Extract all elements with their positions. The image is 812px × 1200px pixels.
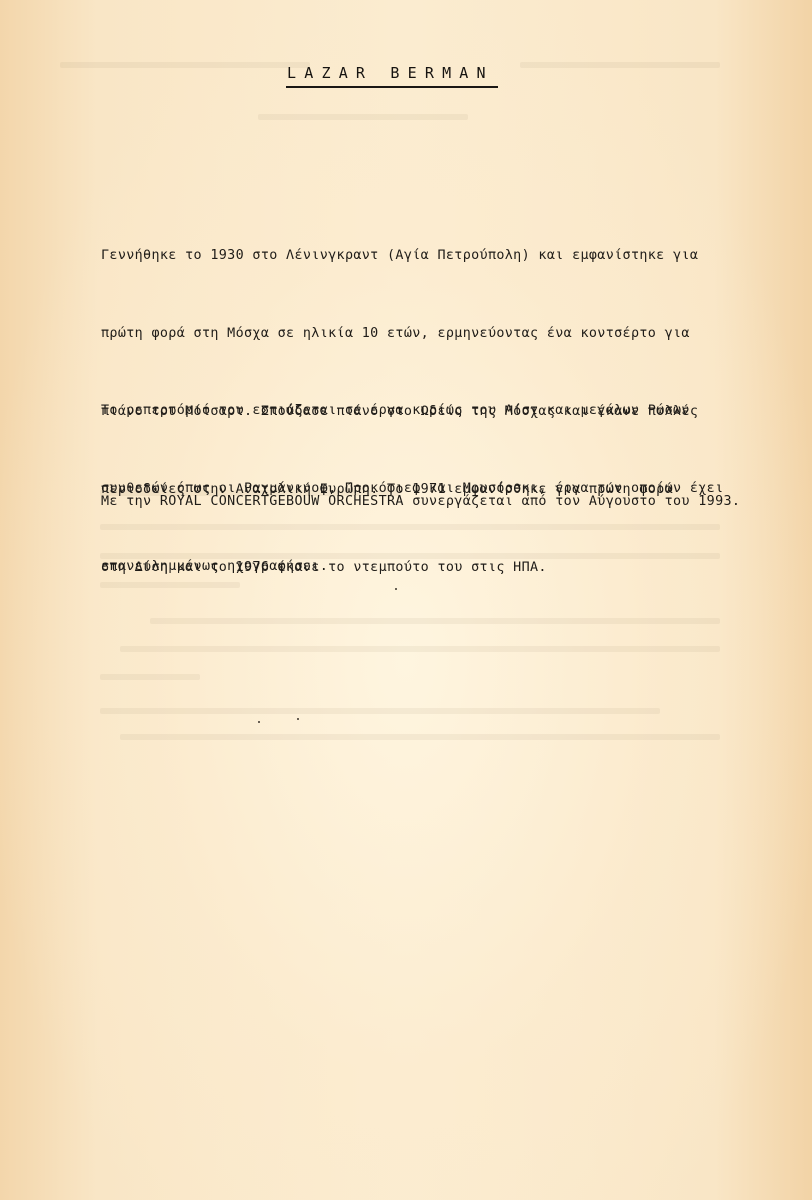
text-line: Με την ROYAL CONCERTGEBOUW ORCHESTRA συν… xyxy=(101,489,740,515)
bleed-through-mark xyxy=(100,708,660,714)
bleed-through-mark xyxy=(120,734,720,740)
paper-speck xyxy=(297,718,299,720)
bleed-through-mark xyxy=(520,62,720,68)
document-title: LAZAR BERMAN xyxy=(287,64,494,82)
bleed-through-mark xyxy=(100,674,200,680)
paper-speck xyxy=(258,721,260,723)
text-line: Γεννήθηκε το 1930 στο Λένινγκραντ (Αγία … xyxy=(101,243,698,269)
document-page: LAZAR BERMAN Γεννήθηκε το 1930 στο Λένιν… xyxy=(0,0,812,1200)
text-line: πρώτη φορά στη Μόσχα σε ηλικία 10 ετών, … xyxy=(101,321,698,347)
paragraph-orchestra: Με την ROYAL CONCERTGEBOUW ORCHESTRA συν… xyxy=(101,437,740,567)
bleed-through-mark xyxy=(258,114,468,120)
bleed-through-mark xyxy=(60,62,310,68)
bleed-through-mark xyxy=(120,646,720,652)
title-underline xyxy=(286,86,498,88)
text-line: Το ρεπερτόριό του εστιάζεται σε έργα κυρ… xyxy=(101,398,723,424)
